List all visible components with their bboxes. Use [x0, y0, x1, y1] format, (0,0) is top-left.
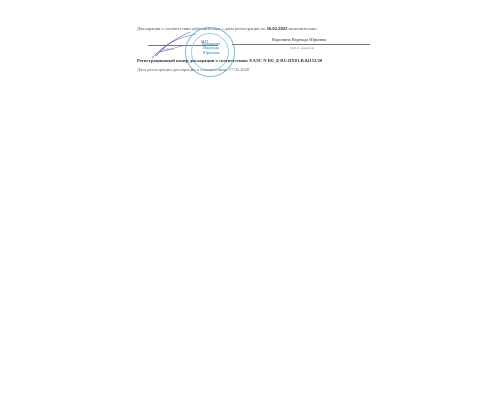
registration-number: Регистрационный номер декларации о соотв… — [137, 58, 322, 64]
registration-date-label: Дата регистрации декларации о соответств… — [137, 67, 229, 72]
registration-date: Дата регистрации декларации о соответств… — [137, 67, 249, 73]
registration-date-value: 17.02.2020 — [229, 67, 250, 72]
stamp-mark: М.П. — [201, 40, 209, 44]
handwritten-signature-icon — [150, 30, 200, 60]
validity-suffix: включительно. — [287, 26, 317, 31]
registration-number-value: ЕАЭС N RU Д-RU.ПХ01.В.04152/20 — [249, 58, 322, 63]
validity-date: 16.02.2025 — [267, 26, 288, 31]
applicant-caption: (Ф.И.О. заявителя) — [290, 46, 314, 50]
applicant-name: Воронина Надежда Юрьевна — [272, 37, 326, 42]
registration-number-label: Регистрационный номер декларации о соотв… — [137, 58, 249, 63]
document-page: Декларация о соответствии действительна … — [0, 0, 500, 400]
applicant-name-line — [232, 44, 370, 45]
